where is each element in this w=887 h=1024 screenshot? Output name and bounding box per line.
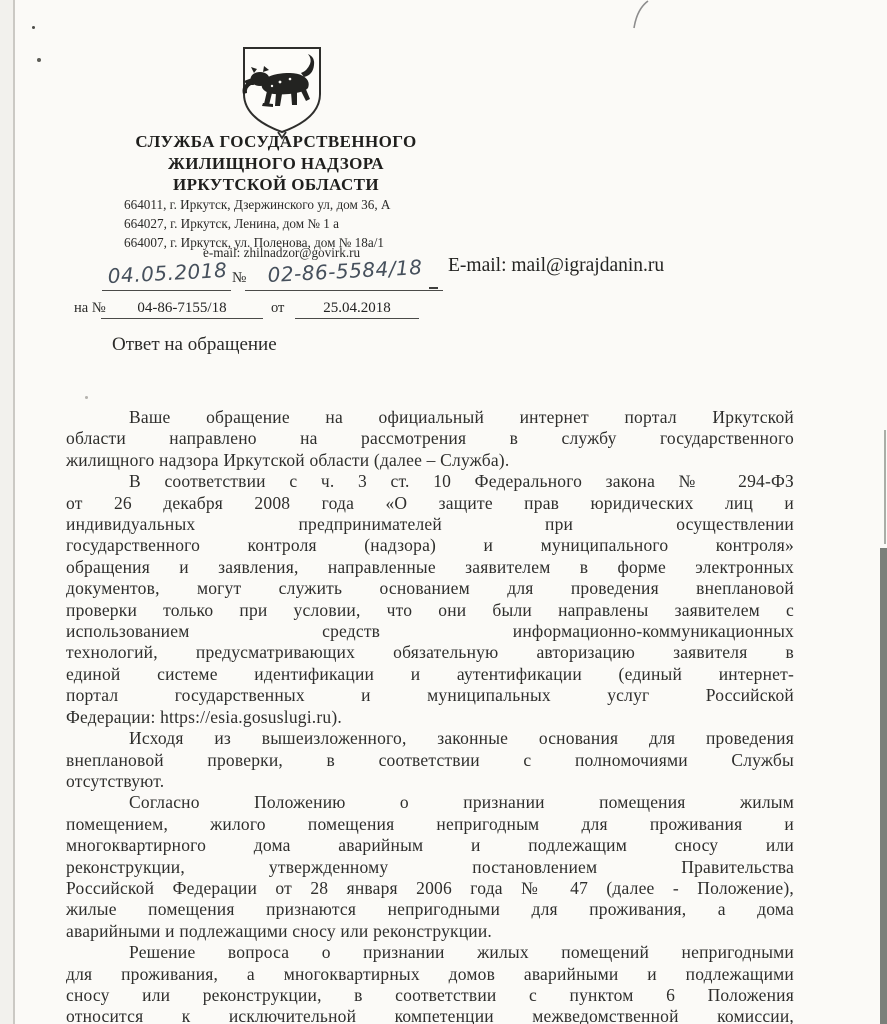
org-address-block: 664011, г. Иркутск, Дзержинского ул, дом… xyxy=(124,196,390,252)
body-line: Ваше обращение на официальный интернет п… xyxy=(66,407,794,428)
scan-speck xyxy=(85,396,88,399)
body-line: многоквартирного дома аварийным и подлеж… xyxy=(66,835,794,856)
body-line: использованием средств информационно-ком… xyxy=(66,621,794,642)
body-line: технологий, предусматривающих обязательн… xyxy=(66,642,794,663)
body-paragraph: Исходя из вышеизложенного, законные осно… xyxy=(66,728,794,792)
body-line: портал государственных и муниципальных у… xyxy=(66,685,794,706)
body-line: для проживания, а многоквартирных домов … xyxy=(66,964,794,985)
body-line: сносу или реконструкции, в соответствии … xyxy=(66,985,794,1006)
body-line: относится к исключительной компетенции м… xyxy=(66,1006,794,1024)
incoming-number-field: 04-86-7155/18 xyxy=(101,299,263,319)
body-line: Решение вопроса о признании жилых помеще… xyxy=(66,942,794,963)
body-line: Согласно Положению о признании помещения… xyxy=(66,792,794,813)
body-line: отсутствуют. xyxy=(66,771,794,792)
body-line: Российской Федерации от 28 января 2006 г… xyxy=(66,878,794,899)
scan-speck xyxy=(32,26,35,29)
body-line: жилые помещения признаются непригодными … xyxy=(66,899,794,920)
scan-left-margin-shade xyxy=(0,0,13,1024)
org-name-line: ЖИЛИЩНОГО НАДЗОРА xyxy=(118,153,434,175)
org-address-line: 664011, г. Иркутск, Дзержинского ул, дом… xyxy=(124,196,390,215)
scan-right-edge-line xyxy=(884,430,886,544)
body-line: обращения и заявления, направленные заяв… xyxy=(66,557,794,578)
scan-right-edge-band xyxy=(880,548,887,1024)
scanned-letter-page: СЛУЖБА ГОСУДАРСТВЕННОГО ЖИЛИЩНОГО НАДЗОР… xyxy=(0,0,887,1024)
body-line: реконструкции, утвержденному постановлен… xyxy=(66,857,794,878)
scan-left-edge-line xyxy=(13,0,15,1024)
body-line: единой системе идентификации и аутентифи… xyxy=(66,664,794,685)
org-address-line: 664027, г. Иркутск, Ленина, дом № 1 а xyxy=(124,215,390,234)
body-paragraph: Ваше обращение на официальный интернет п… xyxy=(66,407,794,471)
body-line: области направлено на рассмотрения в слу… xyxy=(66,428,794,449)
recipient-email-line: E-mail: mail@igrajdanin.ru xyxy=(448,255,664,277)
body-line: от 26 декабря 2008 года «О защите прав ю… xyxy=(66,493,794,514)
body-line: жилищного надзора Иркутской области (дал… xyxy=(66,450,794,471)
body-line: внеплановой проверки, в соответствии с п… xyxy=(66,750,794,771)
letter-body: Ваше обращение на официальный интернет п… xyxy=(66,407,794,1024)
org-name-line: СЛУЖБА ГОСУДАРСТВЕННОГО xyxy=(118,131,434,153)
org-name-line: ИРКУТСКОЙ ОБЛАСТИ xyxy=(118,174,434,196)
scan-hair-mark xyxy=(618,0,658,30)
body-paragraph: Согласно Положению о признании помещения… xyxy=(66,792,794,942)
letter-subject: Ответ на обращение xyxy=(112,334,277,356)
incoming-date-field: 25.04.2018 xyxy=(295,299,419,319)
body-paragraph: Решение вопроса о признании жилых помеще… xyxy=(66,942,794,1024)
body-line: проверки только при условии, что они был… xyxy=(66,600,794,621)
body-line: индивидуальных предпринимателей при осущ… xyxy=(66,514,794,535)
body-line: документов, могут служить основанием для… xyxy=(66,578,794,599)
body-line: государственного контроля (надзора) и му… xyxy=(66,535,794,556)
body-line: Исходя из вышеизложенного, законные осно… xyxy=(66,728,794,749)
irkutsk-coat-of-arms-icon xyxy=(238,44,326,140)
body-line: аварийными и подлежащими сносу или рекон… xyxy=(66,921,794,942)
scan-speck xyxy=(37,58,41,62)
from-date-label: от xyxy=(271,300,284,317)
org-name-block: СЛУЖБА ГОСУДАРСТВЕННОГО ЖИЛИЩНОГО НАДЗОР… xyxy=(118,131,434,196)
body-paragraph: В соответствии с ч. 3 ст. 10 Федеральног… xyxy=(66,471,794,728)
body-line: помещением, жилого помещения непригодным… xyxy=(66,814,794,835)
body-line: Федерации: https://esia.gosuslugi.ru). xyxy=(66,707,794,728)
body-line: В соответствии с ч. 3 ст. 10 Федеральног… xyxy=(66,471,794,492)
